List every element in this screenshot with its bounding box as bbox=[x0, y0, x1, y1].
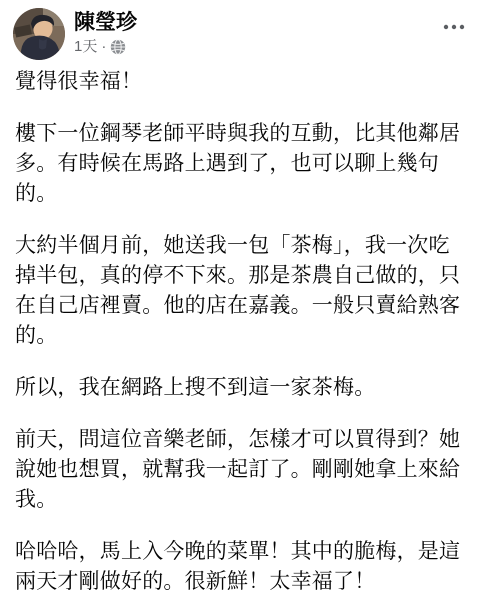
ellipsis-icon bbox=[442, 20, 466, 35]
post-timestamp[interactable]: 1天 bbox=[74, 37, 97, 56]
post-meta: 1天 · bbox=[74, 37, 440, 56]
post-header: 陳瑩珍 1天 · bbox=[0, 0, 482, 60]
post-paragraph: 所以，我在網路上搜不到這一家茶梅。 bbox=[15, 373, 467, 403]
post-paragraph: 哈哈哈，馬上入今晚的菜單！其中的脆梅，是這兩天才剛做好的。很新鮮！太幸福了！ bbox=[15, 537, 467, 597]
post-body: 覺得很幸福！ 樓下一位鋼琴老師平時與我的互動，比其他鄰居多。有時候在馬路上遇到了… bbox=[0, 60, 482, 597]
profile-avatar[interactable] bbox=[13, 8, 65, 60]
more-options-button[interactable] bbox=[440, 16, 468, 39]
meta-separator: · bbox=[101, 37, 106, 56]
post-paragraph: 覺得很幸福！ bbox=[15, 67, 467, 97]
header-text: 陳瑩珍 1天 · bbox=[74, 8, 440, 56]
facebook-post: 陳瑩珍 1天 · bbox=[0, 0, 482, 600]
profile-photo-icon bbox=[13, 8, 65, 60]
author-name[interactable]: 陳瑩珍 bbox=[74, 10, 137, 36]
post-paragraph: 樓下一位鋼琴老師平時與我的互動，比其他鄰居多。有時候在馬路上遇到了，也可以聊上幾… bbox=[15, 119, 467, 209]
globe-icon bbox=[110, 39, 126, 55]
post-paragraph: 大約半個月前，她送我一包「茶梅」，我一次吃掉半包，真的停不下來。那是茶農自己做的… bbox=[15, 231, 467, 351]
post-paragraph: 前天，問這位音樂老師，怎樣才可以買得到？她說她也想買，就幫我一起訂了。剛剛她拿上… bbox=[15, 425, 467, 515]
